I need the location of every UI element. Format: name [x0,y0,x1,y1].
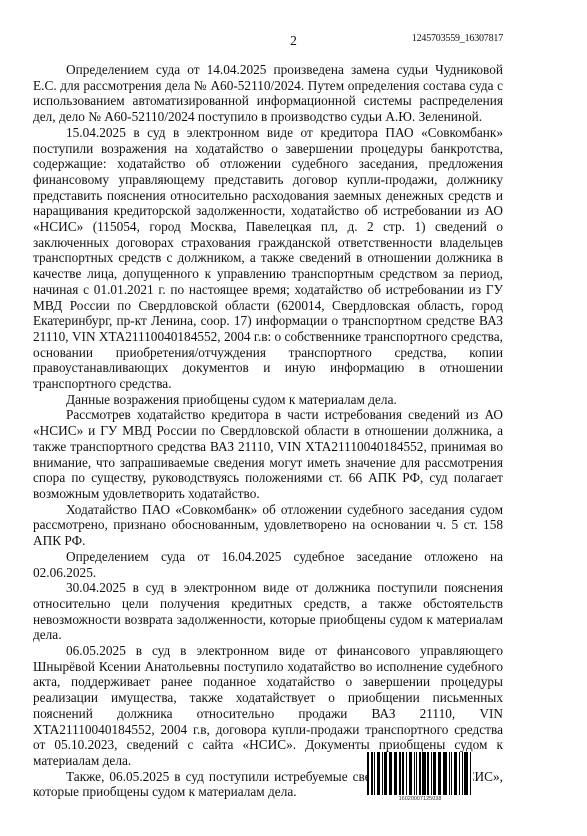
paragraph: 15.04.2025 в суд в электронном виде от к… [33,125,503,392]
paragraph: Рассмотрев ходатайство кредитора в части… [33,407,503,501]
paragraph: Определением суда от 16.04.2025 судебное… [33,549,503,580]
barcode [367,752,473,795]
paragraph: 06.05.2025 в суд в электронном виде от ф… [33,643,503,769]
document-id: 1245703559_16307817 [412,33,503,44]
paragraph: Ходатайство ПАО «Совкомбанк» об отложени… [33,502,503,549]
paragraph: 30.04.2025 в суд в электронном виде от д… [33,580,503,643]
document-body: Определением суда от 14.04.2025 произвед… [33,62,503,800]
paragraph: Определением суда от 14.04.2025 произвед… [33,62,503,125]
paragraph: Данные возражения приобщены судом к мате… [33,392,503,408]
barcode-number: 16020007125038 [367,796,473,802]
